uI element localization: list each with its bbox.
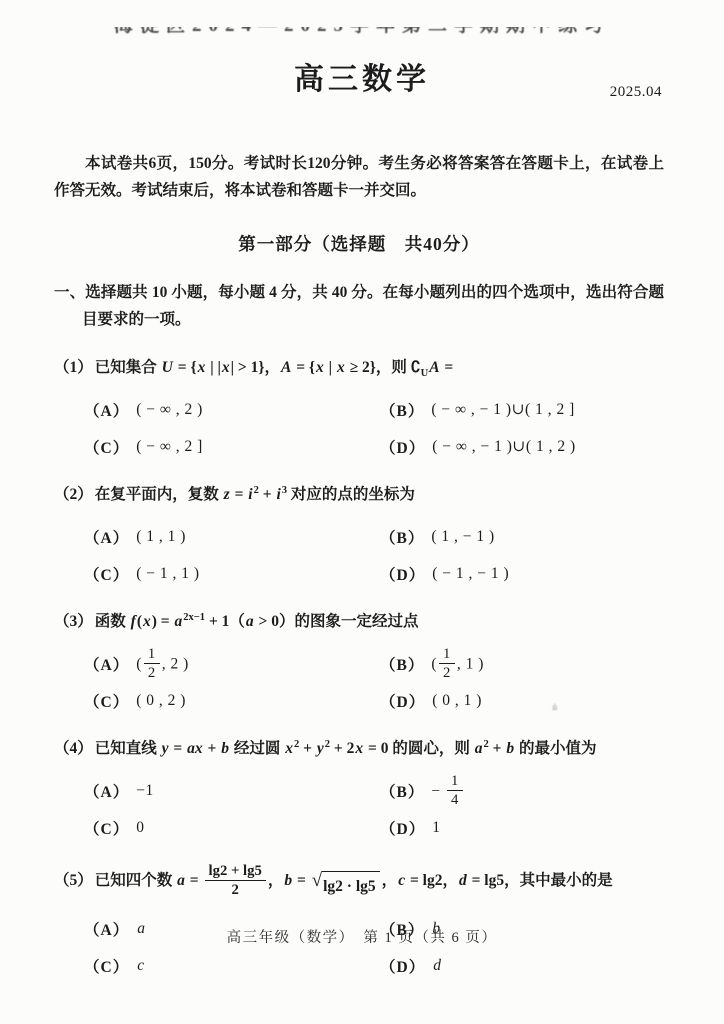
option-label: （B） xyxy=(380,653,424,675)
question-stem: （3）函数 f(x) = a2x−1 + 1（a > 0）的图象一定经过点 xyxy=(54,609,664,635)
question-number: （2） xyxy=(54,486,93,503)
option-label: （A） xyxy=(84,399,129,421)
question-stem: （1）已知集合 U = {x | |x| > 1}，A = {x | x ≥ 2… xyxy=(54,355,664,381)
question-text: 在复平面内，复数 z = i2 + i3 对应的点的坐标为 xyxy=(95,486,415,503)
option-value: ( − ∞ , 2 ) xyxy=(136,401,203,419)
question: （5）已知四个数 a = lg2 + lg52，b = √lg2 · lg5，c… xyxy=(54,863,664,984)
option: （C）( 0 , 2 ) xyxy=(84,682,380,719)
question-list: （1）已知集合 U = {x | |x| > 1}，A = {x | x ≥ 2… xyxy=(54,355,664,984)
option: （D）( − ∞ , − 1 )∪( 1 , 2 ) xyxy=(380,428,664,465)
option-label: （B） xyxy=(380,780,424,802)
option-label: （C） xyxy=(84,817,129,839)
question-stem: （2）在复平面内，复数 z = i2 + i3 对应的点的坐标为 xyxy=(54,482,664,508)
exam-page: 海淀区2024—2025学年第二学期期中练习 高三数学 2025.04 本试卷共… xyxy=(0,0,724,1024)
question: （3）函数 f(x) = a2x−1 + 1（a > 0）的图象一定经过点（A）… xyxy=(54,609,664,719)
option-value: c xyxy=(136,957,145,975)
cutoff-header-text: 海淀区2024—2025学年第二学期期中练习 xyxy=(114,27,610,41)
option: （D）( − 1 , − 1 ) xyxy=(380,555,664,592)
section-intro: 一、选择题共 10 小题，每小题 4 分，共 40 分。在每小题列出的四个选项中… xyxy=(54,279,664,333)
option-value: ( 1 , 1 ) xyxy=(136,528,186,546)
question-text: 函数 f(x) = a2x−1 + 1（a > 0）的图象一定经过点 xyxy=(95,613,419,630)
option-label: （B） xyxy=(380,399,424,421)
option-value: (12, 1 ) xyxy=(431,646,484,682)
option: （C）c xyxy=(84,947,380,984)
option-value: ( − ∞ , 2 ] xyxy=(136,438,203,456)
exam-notice: 本试卷共6页，150分。考试时长120分钟。考生务必将答案答在答题卡上，在试卷上… xyxy=(54,150,664,204)
option-value: ( − ∞ , − 1 )∪( 1 , 2 ] xyxy=(431,400,574,419)
option: （D）( 0 , 1 ) xyxy=(380,682,664,719)
option-label: （A） xyxy=(84,780,129,802)
option: （B）(12, 1 ) xyxy=(380,645,664,682)
option-grid: （A）(12, 2 )（B）(12, 1 )（C）( 0 , 2 )（D）( 0… xyxy=(54,645,664,719)
option-value: d xyxy=(432,957,442,975)
option-value: ( − ∞ , − 1 )∪( 1 , 2 ) xyxy=(432,437,575,456)
option-value: − 14 xyxy=(431,773,464,809)
option: （C）0 xyxy=(84,809,380,846)
option-value: ( − 1 , 1 ) xyxy=(136,565,199,583)
option-value: (12, 2 ) xyxy=(136,646,189,682)
exam-date: 2025.04 xyxy=(610,84,662,101)
option-grid: （A）a（B）b（C）c（D）d xyxy=(54,910,664,984)
option: （A）( 1 , 1 ) xyxy=(84,518,380,555)
option: （C）( − ∞ , 2 ] xyxy=(84,428,380,465)
question-text: 已知直线 y = ax + b 经过圆 x2 + y2 + 2x = 0 的圆心… xyxy=(95,740,597,757)
question: （2）在复平面内，复数 z = i2 + i3 对应的点的坐标为（A）( 1 ,… xyxy=(54,482,664,592)
question-text: 已知四个数 a = lg2 + lg52，b = √lg2 · lg5，c = … xyxy=(95,872,613,889)
option-value: ( 0 , 2 ) xyxy=(136,692,186,710)
option-value: −1 xyxy=(136,782,154,800)
option-value: 1 xyxy=(432,819,440,837)
question-number: （4） xyxy=(54,740,93,757)
page-footer: 高三年级（数学） 第 1 页（共 6 页） xyxy=(0,926,724,947)
option-label: （B） xyxy=(380,526,424,548)
question: （4）已知直线 y = ax + b 经过圆 x2 + y2 + 2x = 0 … xyxy=(54,736,664,846)
option: （B）− 14 xyxy=(380,772,664,809)
question-number: （3） xyxy=(54,613,93,630)
scan-artifact: ılı xyxy=(552,702,568,712)
cutoff-header-line: 海淀区2024—2025学年第二学期期中练习 xyxy=(114,27,610,42)
option: （D）d xyxy=(380,947,664,984)
option-label: （C） xyxy=(84,955,129,977)
option: （A）( − ∞ , 2 ) xyxy=(84,391,380,428)
option-value: 0 xyxy=(136,819,144,837)
question-stem: （4）已知直线 y = ax + b 经过圆 x2 + y2 + 2x = 0 … xyxy=(54,736,664,762)
option-label: （D） xyxy=(380,563,425,585)
option: （B）( 1 , − 1 ) xyxy=(380,518,664,555)
option: （B）( − ∞ , − 1 )∪( 1 , 2 ] xyxy=(380,391,664,428)
option-label: （A） xyxy=(84,526,129,548)
question-number: （1） xyxy=(54,359,93,376)
option: （A）−1 xyxy=(84,772,380,809)
question-number: （5） xyxy=(54,872,93,889)
option: （A）(12, 2 ) xyxy=(84,645,380,682)
option-grid: （A）−1（B）− 14（C）0（D）1 xyxy=(54,772,664,846)
option-value: ( − 1 , − 1 ) xyxy=(432,565,509,583)
option-label: （D） xyxy=(380,955,425,977)
option-value: ( 0 , 1 ) xyxy=(432,692,482,710)
option: （D）1 xyxy=(380,809,664,846)
option-label: （D） xyxy=(380,690,425,712)
option-grid: （A）( 1 , 1 )（B）( 1 , − 1 )（C）( − 1 , 1 )… xyxy=(54,518,664,592)
part-heading: 第一部分（选择题 共40分） xyxy=(54,231,664,256)
question: （1）已知集合 U = {x | |x| > 1}，A = {x | x ≥ 2… xyxy=(54,355,664,465)
option-label: （C） xyxy=(84,436,129,458)
question-text: 已知集合 U = {x | |x| > 1}，A = {x | x ≥ 2}，则… xyxy=(95,359,453,376)
option-label: （D） xyxy=(380,817,425,839)
option-grid: （A）( − ∞ , 2 )（B）( − ∞ , − 1 )∪( 1 , 2 ]… xyxy=(54,391,664,465)
option: （C）( − 1 , 1 ) xyxy=(84,555,380,592)
option-label: （C） xyxy=(84,690,129,712)
option-label: （C） xyxy=(84,563,129,585)
page-content: 本试卷共6页，150分。考试时长120分钟。考生务必将答案答在答题卡上，在试卷上… xyxy=(0,150,724,984)
option-label: （D） xyxy=(380,436,425,458)
option-value: ( 1 , − 1 ) xyxy=(431,528,494,546)
question-stem: （5）已知四个数 a = lg2 + lg52，b = √lg2 · lg5，c… xyxy=(54,863,664,900)
option-label: （A） xyxy=(84,653,129,675)
